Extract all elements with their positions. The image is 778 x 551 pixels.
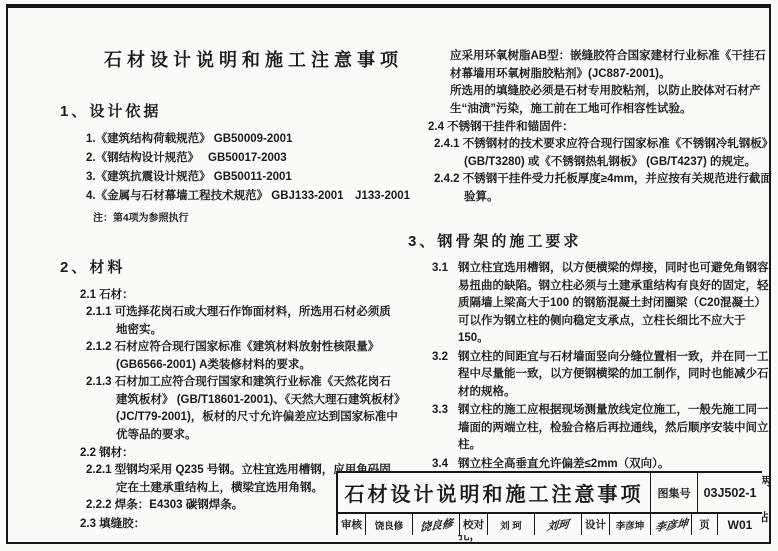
item-2-1: 2.1 石材： [60, 286, 402, 304]
design-basis-item: 4.《金属与石材幕墙工程技术规范》 GBJ133-2001 J133-2001 [86, 187, 402, 206]
item-2-1-2: 2.1.2 石材应符合现行国家标准《建筑材料放射性核限量》 (GB6566-20… [60, 339, 402, 374]
atlas-number-value: 03J502-1 [697, 473, 762, 512]
proof-label: 校对 [459, 514, 487, 535]
proof-name: 刘 珂 [487, 514, 534, 535]
item-3-2: 3.2 钢立柱的间距宜与石材墙面竖向分缝位置相一致，并在同一工程中尽量能一致，以… [408, 349, 776, 402]
drawing-sheet: 石材设计说明和施工注意事项 1、设计依据 1.《建筑结构荷载规范》 GB5000… [0, 0, 778, 551]
title-block: 石材设计说明和施工注意事项 图集号 03J502-1 审核 饶良修 饶良修 校对… [336, 471, 762, 535]
item-2-4: 2.4 不锈钢干挂件和锚固件： [408, 118, 776, 136]
title-block-title: 石材设计说明和施工注意事项 [338, 473, 650, 512]
design-basis-list: 1.《建筑结构荷载规范》 GB50009-2001 2.《钢结构设计规范》 GB… [60, 130, 402, 206]
design-name: 李彦坤 [609, 514, 650, 535]
design-signature: 李彦坤 [650, 514, 691, 535]
page-title: 石材设计说明和施工注意事项 [104, 46, 403, 72]
page-number: W01 [717, 514, 762, 535]
item-text: 钢立柱宜选用槽钢，以方便横梁的焊接，同时也可避免角钢容易扭曲的缺陷。钢立柱必须与… [458, 260, 776, 348]
section1-heading: 1、设计依据 [60, 100, 402, 121]
item-number: 3.3 [432, 402, 458, 455]
review-label: 审核 [338, 514, 365, 535]
item-2-3-continuation: 所选用的填缝胶必须是石材专用胶粘剂，以防止胶体对石材产生“油渍”污染，施工前在工… [408, 83, 776, 118]
item-3-3: 3.3 钢立柱的施工应根据现场测量放线定位施工，一般先施工同一墙面的两端立柱，检… [408, 402, 776, 455]
proof-signature: 刘珂 [534, 514, 581, 535]
section1-note: 注：第4项为参照执行 [60, 209, 402, 224]
review-name: 饶良修 [365, 514, 412, 535]
page-label: 页 [691, 514, 717, 535]
item-2-2: 2.2 钢材： [60, 444, 402, 462]
item-text: 钢立柱的施工应根据现场测量放线定位施工，一般先施工同一墙面的两端立柱，检验合格后… [458, 402, 776, 455]
section3-heading: 3、钢骨架的施工要求 [408, 230, 776, 251]
item-2-4-1: 2.4.1 不锈钢材的技术要求应符合现行国家标准《不锈钢冷轧钢板》 (GB/T3… [408, 136, 776, 171]
design-basis-item: 3.《建筑抗震设计规范》 GB50011-2001 [86, 168, 402, 187]
item-2-1-3: 2.1.3 石材加工应符合现行国家和建筑行业标准《天然花岗石建筑板材》 (GB/… [60, 374, 402, 444]
title-block-row-top: 石材设计说明和施工注意事项 图集号 03J502-1 [338, 473, 762, 512]
page-border-frame: 石材设计说明和施工注意事项 1、设计依据 1.《建筑结构荷载规范》 GB5000… [6, 4, 771, 544]
item-2-1-1: 2.1.1 可选择花岗石或大理石作饰面材料，所选用石材必须质地密实。 [60, 304, 402, 339]
item-text: 钢立柱的间距宜与石材墙面竖向分缝位置相一致，并在同一工程中尽量能一致，以方便钢横… [458, 349, 776, 402]
item-number: 3.2 [432, 349, 458, 402]
left-column: 1、设计依据 1.《建筑结构荷载规范》 GB50009-2001 2.《钢结构设… [60, 100, 402, 533]
item-2-3-continuation: 应采用环氧树脂AB型：嵌缝胶符合国家建材行业标准《干挂石材幕墙用环氧树脂胶粘剂》… [408, 48, 776, 83]
item-number: 3.1 [432, 260, 458, 348]
section2-heading: 2、材料 [60, 256, 402, 277]
atlas-number-label: 图集号 [650, 473, 697, 512]
item-2-4-2: 2.4.2 不锈钢干挂件受力托板厚度≥4mm，并应按有关规范进行截面验算。 [408, 171, 776, 206]
design-label: 设计 [581, 514, 609, 535]
title-block-row-bottom: 审核 饶良修 饶良修 校对 刘 珂 刘珂 设计 李彦坤 李彦坤 页 W01 [338, 512, 762, 535]
design-basis-item: 2.《钢结构设计规范》 GB50017-2003 [86, 149, 402, 168]
item-3-1: 3.1 钢立柱宜选用槽钢，以方便横梁的焊接，同时也可避免角钢容易扭曲的缺陷。钢立… [408, 260, 776, 348]
design-basis-item: 1.《建筑结构荷载规范》 GB50009-2001 [86, 130, 402, 149]
review-signature: 饶良修 [412, 514, 459, 535]
